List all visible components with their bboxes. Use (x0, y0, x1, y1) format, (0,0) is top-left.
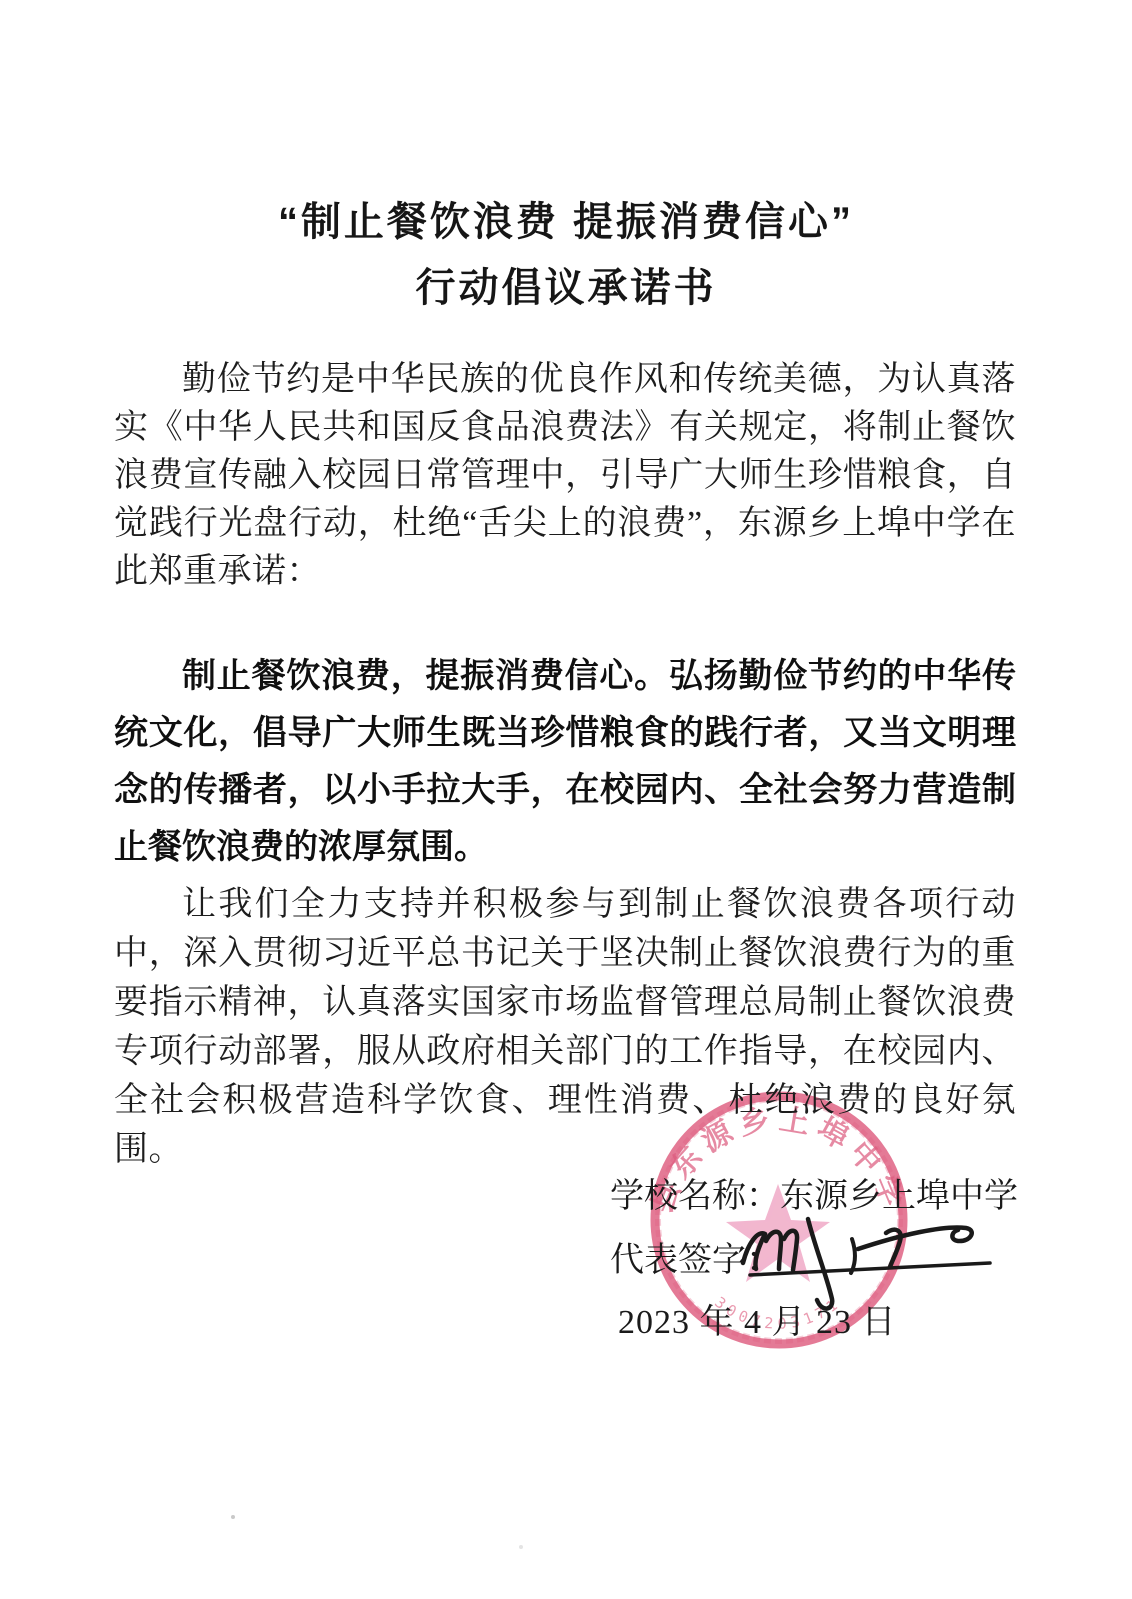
signature-underline (750, 1263, 990, 1275)
document-title-line1: “制止餐饮浪费 提振消费信心” (0, 190, 1132, 247)
scan-speck (231, 1515, 235, 1519)
scan-speck (519, 1545, 523, 1549)
scanned-commitment-letter: 县东源乡上埠中学 3007203171 “制止餐饮浪费 提振消费信心” 行动倡议… (0, 0, 1132, 1599)
document-title-line2: 行动倡议承诺书 (0, 256, 1132, 313)
body-paragraph-3: 让我们全力支持并积极参与到制止餐饮浪费各项行动中，深入贯彻习近平总书记关于坚决制… (114, 880, 1016, 1174)
body-paragraph-1: 勤俭节约是中华民族的优良作风和传统美德，为认真落实《中华人民共和国反食品浪费法》… (114, 356, 1016, 596)
body-paragraph-2-bold: 制止餐饮浪费，提振消费信心。弘扬勤俭节约的中华传统文化，倡导广大师生既当珍惜粮食… (114, 648, 1016, 876)
signature-handwriting (700, 1185, 1010, 1325)
